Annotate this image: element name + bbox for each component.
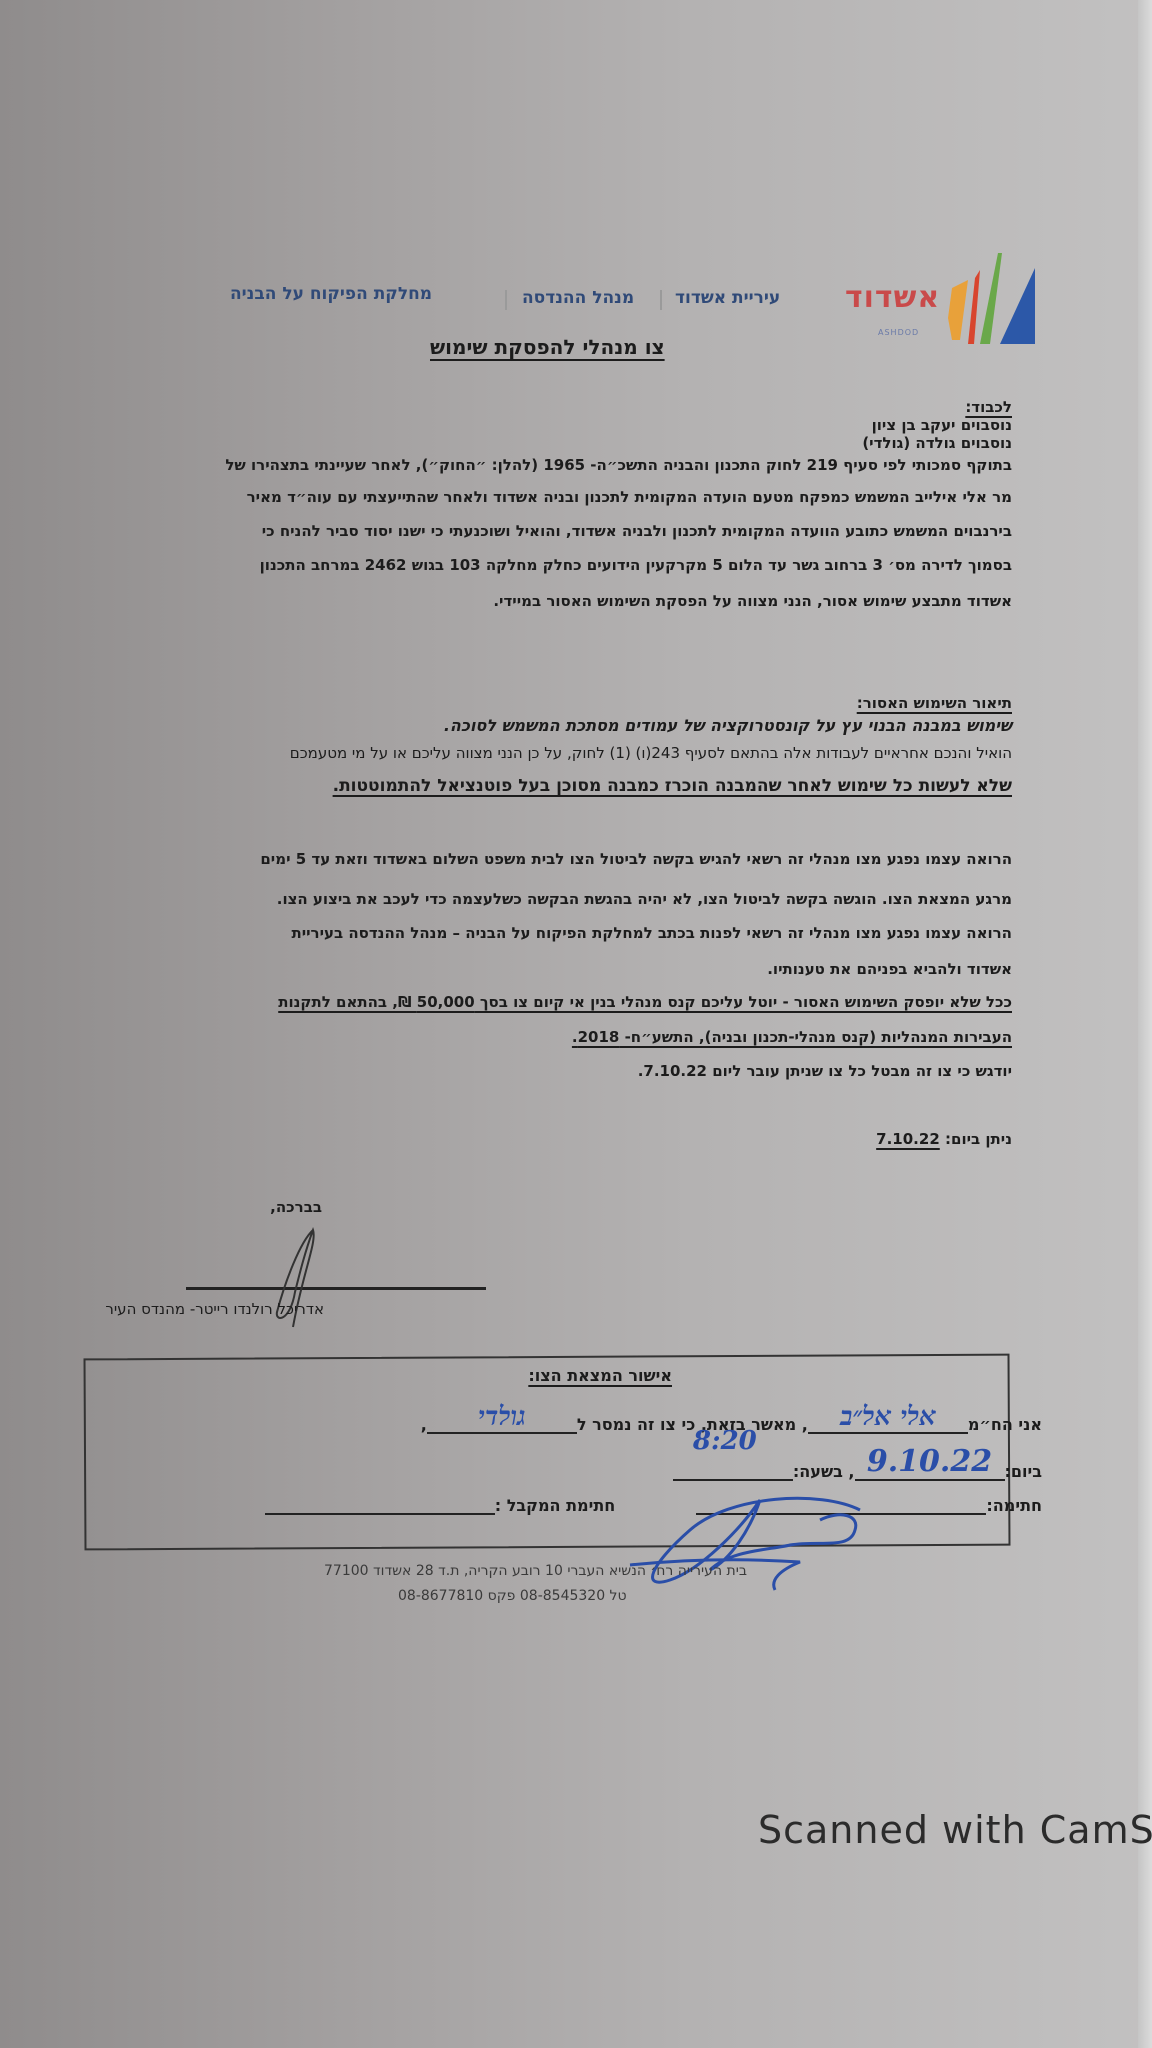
closing-text: בברכה, — [270, 1198, 322, 1216]
fine-line: ככל שלא יופסק השימוש האסור - יוטל עליכם … — [278, 993, 1012, 1011]
body-line: הואיל והנכם אחראיים לעבודות אלה בהתאם לס… — [290, 744, 1012, 762]
issued-date-row: ניתן ביום: 7.10.22 — [876, 1130, 1012, 1148]
header-divider — [505, 290, 507, 310]
cancel-note: יודגש כי צו זה מבטל כל צו שניתן עובר ליו… — [638, 1062, 1012, 1080]
prohibited-use-label: תיאור השימוש האסור: — [857, 694, 1012, 712]
header-divider — [660, 290, 662, 310]
collapse-warning: שלא לעשות כל שימוש לאחר שהמבנה הוכרז כמב… — [333, 776, 1012, 796]
footer-phones: טל 08-8545320 פקס 08-8677810 — [398, 1588, 627, 1604]
body-line: בתוקף סמכותי לפי סעיף 219 לחוק התכנון וה… — [225, 456, 1012, 474]
recipients-label: לכבוד: — [965, 398, 1012, 416]
fine-line: העבירות המנהליות (קנס מנהלי-תכנון ובניה)… — [572, 1028, 1012, 1046]
approval-line-2: ביום:9.10.22, בשעה:8:20 — [673, 1444, 1042, 1481]
body-line: בסמוך לדירה מס׳ 3 ברחוב גשר עד הלום 5 מק… — [260, 556, 1012, 574]
municipality-name: עיריית אשדוד — [675, 288, 780, 308]
recipient-name-field[interactable]: גולדי — [427, 1402, 577, 1434]
scanner-watermark: Scanned with CamSc — [758, 1808, 1152, 1852]
body-line: הרואה עצמו נפגע מצו מנהלי זה רשאי לפנות … — [291, 924, 1012, 942]
signer-name: אדריכל רולנדו רייטר- מהנדס העיר — [105, 1300, 324, 1318]
recipient-1: נוסבוים יעקב בן ציון — [872, 416, 1012, 434]
department-name: מחלקת הפיקוח על הבניה — [230, 284, 432, 304]
footer-address: בית העירייה רח׳ הנשיא העברי 10 רובע הקרי… — [324, 1563, 747, 1579]
logo-text: אשדוד — [845, 280, 940, 315]
issued-date: 7.10.22 — [876, 1130, 940, 1148]
deliverer-signature-icon — [620, 1490, 880, 1600]
prohibited-use-description: שימוש במבנה הבנוי עץ על קונסטרוקציה של ע… — [444, 716, 1012, 735]
administration-name: מנהל ההנדסה — [522, 288, 634, 308]
body-line: מר אלי אילייב המשמש כמפקח מטעם הועדה המק… — [247, 488, 1012, 506]
body-line: אשדוד מתבצע שימוש אסור, הנני מצווה על הפ… — [493, 592, 1012, 610]
body-line: בירנבוים המשמש כתובע הוועדה המקומית לתכנ… — [262, 522, 1012, 540]
body-line: מרגע המצאת הצו. הוגשה בקשה לביטול הצו, ל… — [277, 890, 1012, 908]
page-title: צו מנהלי להפסקת שימוש — [430, 335, 665, 359]
approval-title: אישור המצאת הצו: — [528, 1366, 672, 1385]
receiver-signature-field[interactable] — [265, 1494, 495, 1515]
body-line: הרואה עצמו נפגע מצו מנהלי זה רשאי להגיש … — [260, 850, 1012, 868]
delivery-date-field[interactable]: 9.10.22 — [855, 1444, 1005, 1481]
deliverer-name-field[interactable]: אלי אל״ב — [808, 1402, 968, 1434]
body-line: אשדוד ולהביא בפניהם את טענותיו. — [767, 960, 1012, 978]
delivery-time-field[interactable]: 8:20 — [673, 1460, 793, 1481]
document: אשדוד ASHDOD עיריית אשדוד מנהל ההנדסה מח… — [0, 0, 1152, 2048]
recipient-2: נוסבוים גולדה (גולדי) — [862, 434, 1012, 452]
logo-subtext: ASHDOD — [878, 328, 919, 337]
